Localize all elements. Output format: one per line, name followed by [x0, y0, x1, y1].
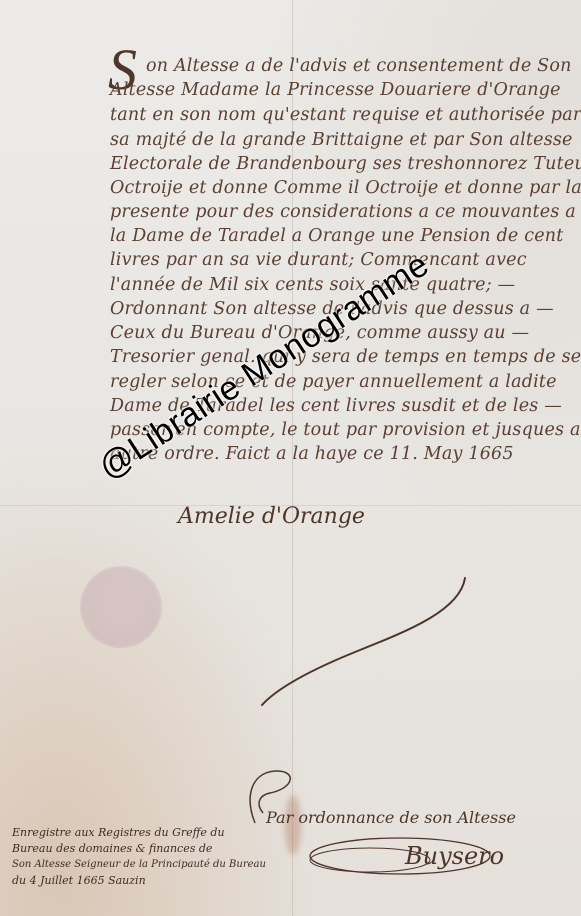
- body-line: Tresorier genal. qui y sera de temps en …: [110, 345, 581, 369]
- registry-line: du 4 Juillet 1665 Sauzin: [12, 874, 146, 888]
- body-line: presente pour des considerations a ce mo…: [110, 200, 576, 224]
- body-line: regler selon ce et de payer annuellement…: [110, 370, 557, 394]
- registry-line: Son Altesse Seigneur de la Principauté d…: [12, 858, 266, 872]
- body-line: la Dame de Taradel a Orange une Pension …: [110, 224, 564, 248]
- body-line: Electorale de Brandenbourg ses treshonno…: [110, 152, 581, 176]
- body-line: on Altesse a de l'advis et consentement …: [146, 54, 572, 78]
- registry-line: Enregistre aux Registres du Greffe du: [12, 826, 225, 840]
- pen-flourish: [260, 570, 470, 710]
- signature-amelie: Amelie d'Orange: [178, 504, 365, 529]
- body-line: sa majté de la grande Brittaigne et par …: [110, 128, 573, 152]
- body-line: Octroije et donne Comme il Octroije et d…: [110, 176, 581, 200]
- manuscript-page: S on Altesse a de l'advis et consentemen…: [0, 0, 581, 916]
- body-line: livres par an sa vie durant; Commencant …: [110, 248, 527, 272]
- countersign-name: Buysero: [405, 842, 504, 870]
- registry-line: Bureau des domaines & finances de: [12, 842, 212, 856]
- body-line: l'année de Mil six cents soix sante quat…: [110, 273, 515, 297]
- countersign-label: Par ordonnance de son Altesse: [266, 808, 516, 827]
- wax-seal: [82, 568, 160, 646]
- body-line: Altesse Madame la Princesse Douariere d'…: [110, 78, 561, 102]
- body-line: tant en son nom qu'estant requise et aut…: [110, 103, 581, 127]
